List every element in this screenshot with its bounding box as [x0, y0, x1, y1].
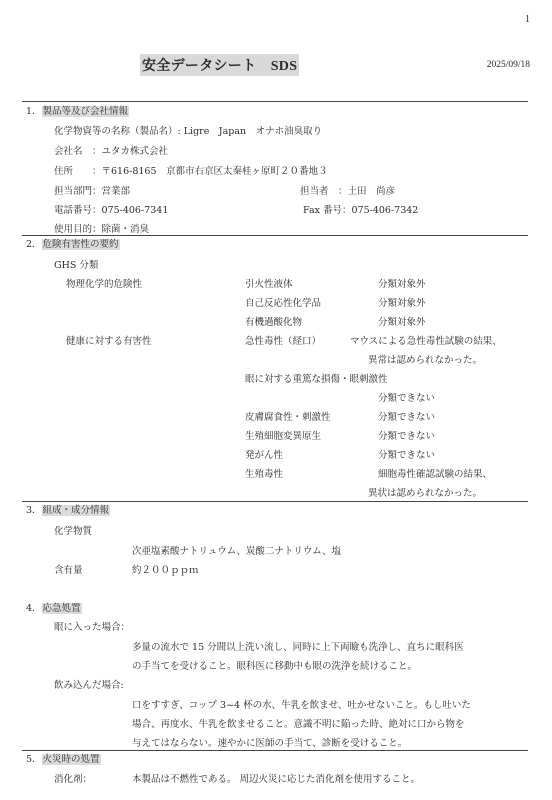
chemical-substance-value: 次亜塩素酸ナトリュウム、炭酸二ナトリウム、塩 — [132, 546, 341, 558]
ingestion-line: 場合、再度水、牛乳を飲ませること。意識不明に陥った時、絶対に口から物を — [132, 719, 465, 731]
section-4-heading: 4．応急処置 — [26, 603, 82, 615]
contact-person: 担当者 ：土田 尚彦 — [300, 186, 395, 198]
section-5-heading: 5．火災時の処置 — [26, 754, 101, 766]
eye-contact-label: 眼に入った場合： — [54, 622, 130, 634]
health-hazard-label: 健康に対する有害性 — [66, 336, 152, 348]
product-name: 化学物資等の名称（製品名）: Ligre Japan オナホ油臭取り — [54, 126, 322, 138]
section-divider — [22, 101, 528, 102]
ingestion-label: 飲み込んだ場合: — [54, 680, 124, 692]
eye-contact-line: 多量の流水で 15 分間以上洗い流し、同時に上下両瞼も洗浄し、直ちに眼科医 — [132, 642, 464, 654]
section-title: 組成・成分情報 — [42, 505, 111, 516]
chemical-substance-label: 化学物質 — [54, 526, 92, 538]
hazard-value: 分類できない — [378, 412, 435, 424]
section-title: 製品等及び会社情報 — [42, 106, 130, 117]
hazard-item: 皮膚腐食性・刺激性 — [245, 412, 331, 424]
section-number: 1． — [26, 106, 42, 117]
section-divider — [22, 501, 528, 502]
section-number: 2． — [26, 239, 42, 250]
eye-contact-line: の手当てを受けること。眼科医に移動中も眼の洗浄を続けること。 — [132, 661, 417, 673]
document-date: 2025/09/18 — [487, 60, 530, 70]
section-number: 3． — [26, 505, 42, 516]
section-number: 5． — [26, 754, 42, 765]
hazard-value: 細胞毒性確認試験の結果、 — [378, 469, 492, 481]
document-title: 安全データシート SDS — [140, 54, 299, 76]
department: 担当部門：営業部 — [54, 186, 130, 198]
phone-number: 電話番号：075-406-7341 — [54, 205, 168, 217]
hazard-item: 発がん性 — [245, 450, 283, 462]
hazard-value-continued: 異常は認められなかった。 — [368, 355, 482, 367]
page-number: 1 — [525, 14, 530, 25]
section-2-heading: 2．危険有害性の要約 — [26, 239, 120, 251]
hazard-value: マウスによる急性毒性試験の結果、 — [350, 336, 502, 348]
section-title: 応急処置 — [42, 603, 82, 614]
ghs-classification-label: GHS 分類 — [54, 260, 98, 272]
hazard-item: 急性毒性（経口） — [245, 336, 321, 348]
physical-hazard-label: 物理化学的危険性 — [66, 279, 142, 291]
ingestion-line: 与えてはならない。速やかに医師の手当て、診断を受けること。 — [132, 738, 407, 750]
hazard-value: 分類できない — [378, 450, 435, 462]
section-title: 火災時の処置 — [42, 754, 101, 765]
extinguisher-label: 消化剤： — [54, 774, 92, 786]
hazard-item: 眼に対する重篤な損傷・眼刺激性 — [245, 374, 388, 386]
section-1-heading: 1．製品等及び会社情報 — [26, 106, 129, 118]
section-number: 4． — [26, 603, 42, 614]
hazard-item: 有機過酸化物 — [245, 317, 302, 329]
company-name: 会社名 ：ユタカ株式会社 — [54, 146, 168, 158]
hazard-item: 生殖細胞変異原生 — [245, 431, 321, 443]
hazard-value-continued: 異状は認められなかった。 — [368, 488, 482, 500]
content-amount-value: 約２００ｐｐｍ — [132, 565, 199, 577]
hazard-item: 生殖毒性 — [245, 469, 283, 481]
hazard-value: 分類できない — [378, 393, 435, 405]
section-title: 危険有害性の要約 — [42, 239, 120, 250]
company-address: 住所 ：〒616-8165 京都市右京区太秦桂ヶ原町２０番地３ — [54, 166, 328, 178]
section-3-heading: 3．組成・成分情報 — [26, 505, 110, 517]
hazard-item: 引火性液体 — [245, 279, 293, 291]
content-amount-label: 含有量 — [54, 565, 83, 577]
ingestion-line: 口をすすぎ、コップ 3~4 杯の水、牛乳を飲ませ、吐かせないこと。もし吐いた — [132, 700, 471, 712]
fax-number: Fax 番号：075-406-7342 — [303, 205, 418, 217]
hazard-value: 分類できない — [378, 431, 435, 443]
hazard-value: 分類対象外 — [378, 279, 426, 291]
hazard-value: 分類対象外 — [378, 317, 426, 329]
hazard-item: 自己反応性化学品 — [245, 298, 321, 310]
hazard-value: 分類対象外 — [378, 298, 426, 310]
section-divider — [22, 750, 528, 751]
section-divider — [22, 235, 528, 236]
extinguisher-value: 本製品は不燃性である。 周辺火災に応じた消化剤を使用すること。 — [132, 774, 420, 786]
